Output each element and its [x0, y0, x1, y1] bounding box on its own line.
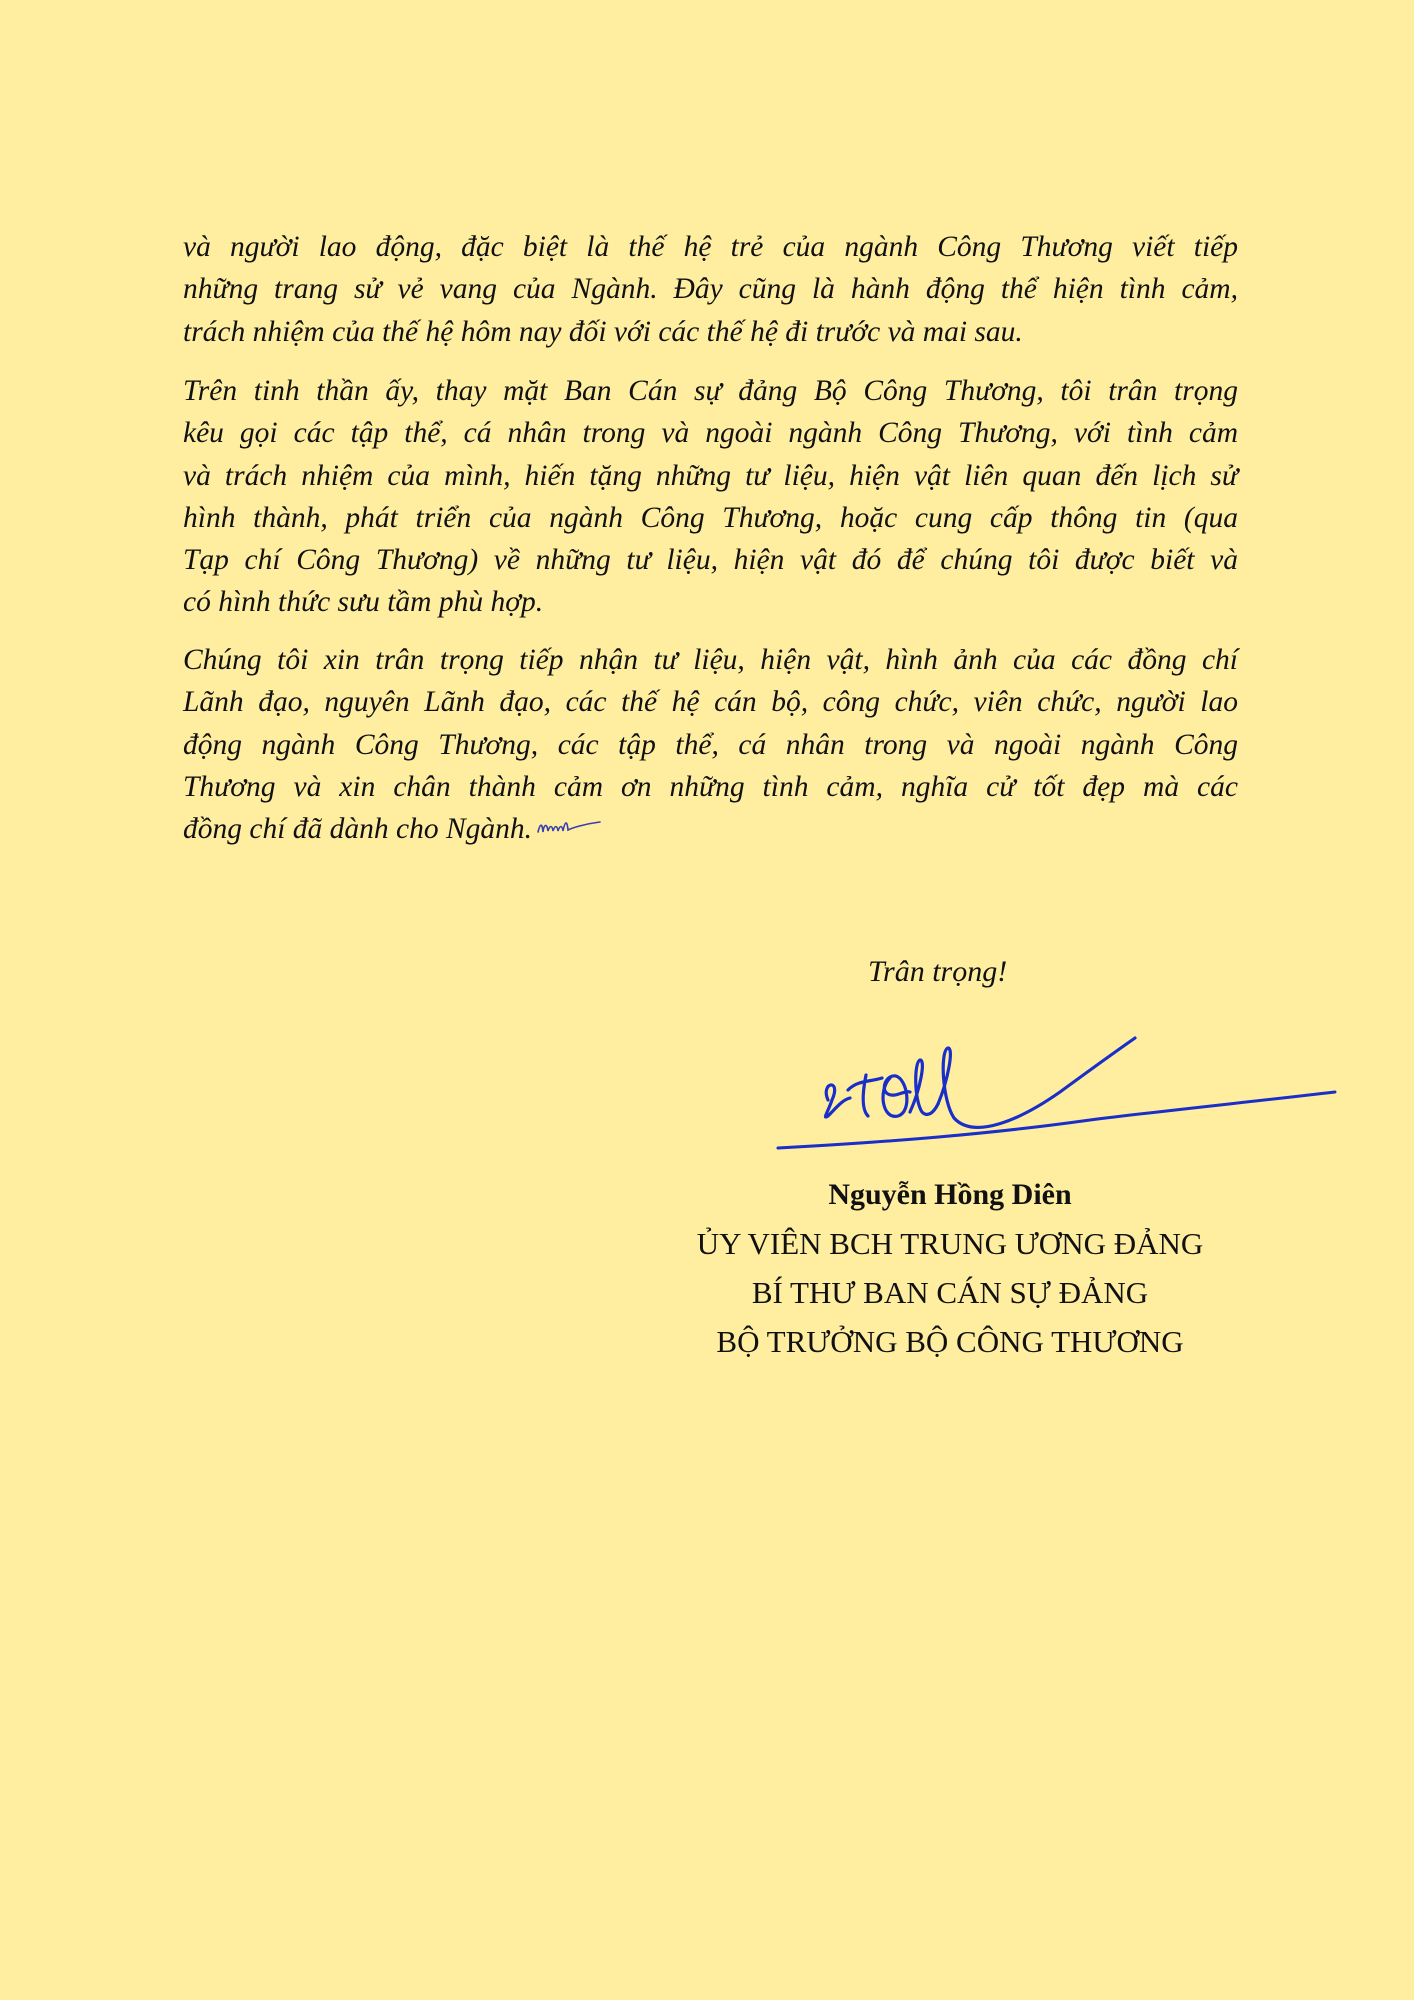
paragraph-heritage: và người lao động, đặc biệt là thế hệ tr…	[183, 226, 1238, 353]
text-line: và trách nhiệm của mình, hiến tặng những…	[183, 455, 1238, 497]
text-line: Trên tinh thần ấy, thay mặt Ban Cán sự đ…	[183, 370, 1238, 412]
text-line: đồng chí đã dành cho Ngành.	[183, 808, 1238, 850]
text-line: động ngành Công Thương, các tập thể, cá …	[183, 724, 1238, 766]
text-line: Tạp chí Công Thương) về những tư liệu, h…	[183, 539, 1238, 581]
text-line: trách nhiệm của thế hệ hôm nay đối với c…	[183, 311, 1238, 353]
signatory-title: ỦY VIÊN BCH TRUNG ƯƠNG ĐẢNG	[660, 1219, 1240, 1268]
text-line-content: đồng chí đã dành cho Ngành.	[183, 813, 532, 845]
text-line: Chúng tôi xin trân trọng tiếp nhận tư li…	[183, 639, 1238, 681]
paragraph-thanks: Chúng tôi xin trân trọng tiếp nhận tư li…	[183, 639, 1238, 850]
text-line: và người lao động, đặc biệt là thế hệ tr…	[183, 226, 1238, 268]
text-line: có hình thức sưu tầm phù hợp.	[183, 581, 1238, 623]
signatory-block: Nguyễn Hồng Diên ỦY VIÊN BCH TRUNG ƯƠNG …	[660, 1170, 1240, 1366]
initial-mark-icon	[534, 816, 604, 838]
signatory-name: Nguyễn Hồng Diên	[660, 1170, 1240, 1219]
closing-salutation: Trân trọng!	[868, 955, 1007, 989]
text-line: kêu gọi các tập thể, cá nhân trong và ng…	[183, 412, 1238, 454]
signatory-title: BÍ THƯ BAN CÁN SỰ ĐẢNG	[660, 1268, 1240, 1317]
text-line: Thương và xin chân thành cảm ơn những tì…	[183, 766, 1238, 808]
text-line: Lãnh đạo, nguyên Lãnh đạo, các thế hệ cá…	[183, 681, 1238, 723]
signatory-title: BỘ TRƯỞNG BỘ CÔNG THƯƠNG	[660, 1317, 1240, 1366]
signature-icon	[770, 1020, 1340, 1165]
text-line: hình thành, phát triển của ngành Công Th…	[183, 497, 1238, 539]
paragraph-appeal: Trên tinh thần ấy, thay mặt Ban Cán sự đ…	[183, 370, 1238, 624]
text-line: những trang sử vẻ vang của Ngành. Đây cũ…	[183, 268, 1238, 310]
